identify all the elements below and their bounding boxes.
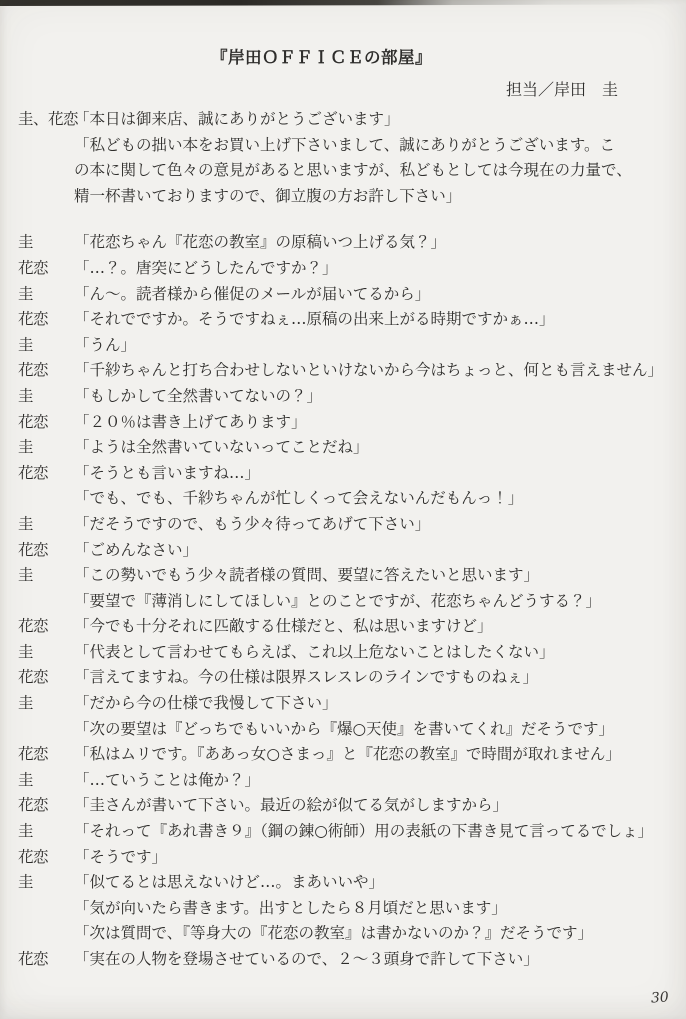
- dialogue-row: 花恋 「千紗ちゃんと打ち合わせしないといけないから今はちょっと、何とも言えません…: [18, 358, 666, 384]
- speaker-label: 花恋: [18, 947, 74, 973]
- speaker-label: 圭: [18, 870, 74, 896]
- speaker-label: 花恋: [18, 410, 74, 436]
- speaker-label: [18, 921, 74, 947]
- dialogue-text: 「だそうですので、もう少々待ってあげて下さい」: [74, 512, 666, 538]
- dialogue-row: 圭 「もしかして全然書いてないの？」: [18, 384, 666, 410]
- dialogue-text: 「似てるとは思えないけど…。まあいいや」: [74, 870, 666, 896]
- document-body: 『岸田ＯＦＦＩＣＥの部屋』 担当／岸田 圭 圭、花恋 「本日は御来店、誠にありが…: [0, 0, 686, 973]
- dialogue-row: 「気が向いたら書きます。出すとしたら８月頃だと思います」: [18, 896, 666, 922]
- dialogue-text: 「実在の人物を登場させているので、２～３頭身で許して下さい」: [74, 947, 666, 973]
- dialogue-text: 「でも、でも、千紗ちゃんが忙しくって会えないんだもんっ！」: [74, 486, 666, 512]
- dialogue-row: 花恋 「私はムリです。『ああっ女○さまっ』と『花恋の教室』で時間が取れません」: [18, 742, 666, 768]
- dialogue-row: 圭 「ようは全然書いていないってことだね」: [18, 435, 666, 461]
- dialogue-row: 「次は質問で、『等身大の『花恋の教室』は書かないのか？』だそうです」: [18, 921, 666, 947]
- dialogue-text: 「だから今の仕様で我慢して下さい」: [74, 691, 666, 717]
- dialogue-text: 「この勢いでもう少々読者様の質問、要望に答えたいと思います」: [74, 563, 666, 589]
- dialogue-row: 花恋 「ごめんなさい」: [18, 538, 666, 564]
- page-title: 『岸田ＯＦＦＩＣＥの部屋』: [211, 48, 666, 68]
- speaker-label: 圭: [18, 384, 74, 410]
- dialogue-row: 花恋 「圭さんが書いて下さい。最近の絵が似てる気がしますから」: [18, 793, 666, 819]
- dialogue-row: 圭、花恋 「本日は御来店、誠にありがとうございます」: [18, 107, 666, 133]
- dialogue-text: 「そうとも言いますね…」: [74, 461, 666, 487]
- dialogue-row: 「でも、でも、千紗ちゃんが忙しくって会えないんだもんっ！」: [18, 486, 666, 512]
- dialogue-text: 「千紗ちゃんと打ち合わせしないといけないから今はちょっと、何とも言えません」: [74, 358, 666, 384]
- dialogue-row: 花恋 「それでですか。そうですねぇ…原稿の出来上がる時期ですかぁ…」: [18, 307, 666, 333]
- speaker-label: [18, 158, 74, 184]
- dialogue-text: 「要望で『薄消しにしてほしい』とのことですが、花恋ちゃんどうする？」: [74, 589, 666, 615]
- speaker-label: 花恋: [18, 845, 74, 871]
- dialogue-rows: 圭、花恋 「本日は御来店、誠にありがとうございます」 「私どもの拙い本をお買い上…: [18, 107, 666, 973]
- speaker-label: 圭: [18, 512, 74, 538]
- speaker-label: [18, 896, 74, 922]
- dialogue-text: 「そうです」: [74, 845, 666, 871]
- dialogue-text: 「圭さんが書いて下さい。最近の絵が似てる気がしますから」: [74, 793, 666, 819]
- dialogue-row: 圭 「うん」: [18, 333, 666, 359]
- dialogue-text: 「ようは全然書いていないってことだね」: [74, 435, 666, 461]
- dialogue-text: 「うん」: [74, 333, 666, 359]
- speaker-label: 圭: [18, 819, 74, 845]
- speaker-label: 圭: [18, 435, 74, 461]
- speaker-label: 花恋: [18, 665, 74, 691]
- speaker-label: [18, 184, 74, 210]
- speaker-label: [18, 589, 74, 615]
- dialogue-row: 圭 「だそうですので、もう少々待ってあげて下さい」: [18, 512, 666, 538]
- dialogue-text: 「２０％は書き上げてあります」: [74, 410, 666, 436]
- dialogue-text: 「ごめんなさい」: [74, 538, 666, 564]
- dialogue-text: 「もしかして全然書いてないの？」: [74, 384, 666, 410]
- speaker-label: 花恋: [18, 461, 74, 487]
- page-number: 30: [651, 989, 670, 1006]
- dialogue-row: 花恋 「言えてますね。今の仕様は限界スレスレのラインですものねぇ」: [18, 665, 666, 691]
- speaker-label: 圭: [18, 333, 74, 359]
- dialogue-text: 精一杯書いておりますので、御立腹の方お許し下さい」: [74, 184, 666, 210]
- scanned-document-page: { "page": { "title": "『岸田ＯＦＦＩＣＥの部屋』", "c…: [0, 0, 686, 1019]
- dialogue-row: 花恋 「…？。唐突にどうしたんですか？」: [18, 256, 666, 282]
- dialogue-text: 「次の要望は『どっちでもいいから『爆○天使』を書いてくれ』だそうです」: [74, 717, 666, 743]
- dialogue-row: 花恋 「そうとも言いますね…」: [18, 461, 666, 487]
- credit-line: 担当／岸田 圭: [18, 81, 666, 99]
- speaker-label: 圭: [18, 691, 74, 717]
- dialogue-text: 「言えてますね。今の仕様は限界スレスレのラインですものねぇ」: [74, 665, 666, 691]
- dialogue-row: 花恋 「実在の人物を登場させているので、２～３頭身で許して下さい」: [18, 947, 666, 973]
- dialogue-row: 圭 「似てるとは思えないけど…。まあいいや」: [18, 870, 666, 896]
- dialogue-row: 圭 「花恋ちゃん『花恋の教室』の原稿いつ上げる気？」: [18, 230, 666, 256]
- dialogue-row: 精一杯書いておりますので、御立腹の方お許し下さい」: [18, 184, 666, 210]
- dialogue-row: 圭 「この勢いでもう少々読者様の質問、要望に答えたいと思います」: [18, 563, 666, 589]
- dialogue-row: の本に関して色々の意見があると思いますが、私どもとしては今現在の力量で、: [18, 158, 666, 184]
- speaker-label: 圭: [18, 230, 74, 256]
- dialogue-text: 「花恋ちゃん『花恋の教室』の原稿いつ上げる気？」: [74, 230, 666, 256]
- dialogue-row: 「次の要望は『どっちでもいいから『爆○天使』を書いてくれ』だそうです」: [18, 717, 666, 743]
- dialogue-row: 「私どもの拙い本をお買い上げ下さいまして、誠にありがとうございます。こ: [18, 133, 666, 159]
- dialogue-row: 圭 「だから今の仕様で我慢して下さい」: [18, 691, 666, 717]
- dialogue-text: 「…？。唐突にどうしたんですか？」: [74, 256, 666, 282]
- dialogue-text: 「私はムリです。『ああっ女○さまっ』と『花恋の教室』で時間が取れません」: [74, 742, 666, 768]
- speaker-label: 圭: [18, 768, 74, 794]
- dialogue-text: 「それでですか。そうですねぇ…原稿の出来上がる時期ですかぁ…」: [74, 307, 666, 333]
- speaker-label: 花恋: [18, 358, 74, 384]
- dialogue-row: 花恋 「今でも十分それに匹敵する仕様だと、私は思いますけど」: [18, 614, 666, 640]
- dialogue-row: 圭 「…ていうことは俺か？」: [18, 768, 666, 794]
- speaker-label: 圭: [18, 282, 74, 308]
- speaker-label: 花恋: [18, 538, 74, 564]
- dialogue-row: 圭 「ん～。読者様から催促のメールが届いてるから」: [18, 282, 666, 308]
- dialogue-row: 花恋 「そうです」: [18, 845, 666, 871]
- speaker-label: [18, 717, 74, 743]
- dialogue-text: 「今でも十分それに匹敵する仕様だと、私は思いますけど」: [74, 614, 666, 640]
- dialogue-text: 「次は質問で、『等身大の『花恋の教室』は書かないのか？』だそうです」: [74, 921, 666, 947]
- dialogue-row: 花恋 「２０％は書き上げてあります」: [18, 410, 666, 436]
- speaker-label: 花恋: [18, 793, 74, 819]
- dialogue-text: 「ん～。読者様から催促のメールが届いてるから」: [74, 282, 666, 308]
- speaker-label: 花恋: [18, 742, 74, 768]
- speaker-label: 圭: [18, 640, 74, 666]
- dialogue-row: 圭 「代表として言わせてもらえば、これ以上危ないことはしたくない」: [18, 640, 666, 666]
- dialogue-row: 「要望で『薄消しにしてほしい』とのことですが、花恋ちゃんどうする？」: [18, 589, 666, 615]
- dialogue-text: 「気が向いたら書きます。出すとしたら８月頃だと思います」: [74, 896, 666, 922]
- dialogue-row: 圭 「それって『あれ書き９』（鋼の錬○術師）用の表紙の下書き見て言ってるでしょ」: [18, 819, 666, 845]
- speaker-label: 花恋: [18, 614, 74, 640]
- speaker-label: [18, 133, 74, 159]
- dialogue-text: の本に関して色々の意見があると思いますが、私どもとしては今現在の力量で、: [74, 158, 666, 184]
- dialogue-text: 「…ていうことは俺か？」: [74, 768, 666, 794]
- dialogue-text: 「代表として言わせてもらえば、これ以上危ないことはしたくない」: [74, 640, 666, 666]
- speaker-label: 花恋: [18, 256, 74, 282]
- speaker-label: 圭、花恋: [18, 107, 74, 133]
- speaker-label: [18, 486, 74, 512]
- speaker-label: 圭: [18, 563, 74, 589]
- dialogue-text: 「それって『あれ書き９』（鋼の錬○術師）用の表紙の下書き見て言ってるでしょ」: [74, 819, 666, 845]
- speaker-label: 花恋: [18, 307, 74, 333]
- dialogue-text: 「私どもの拙い本をお買い上げ下さいまして、誠にありがとうございます。こ: [74, 133, 666, 159]
- dialogue-text: 「本日は御来店、誠にありがとうございます」: [74, 107, 666, 133]
